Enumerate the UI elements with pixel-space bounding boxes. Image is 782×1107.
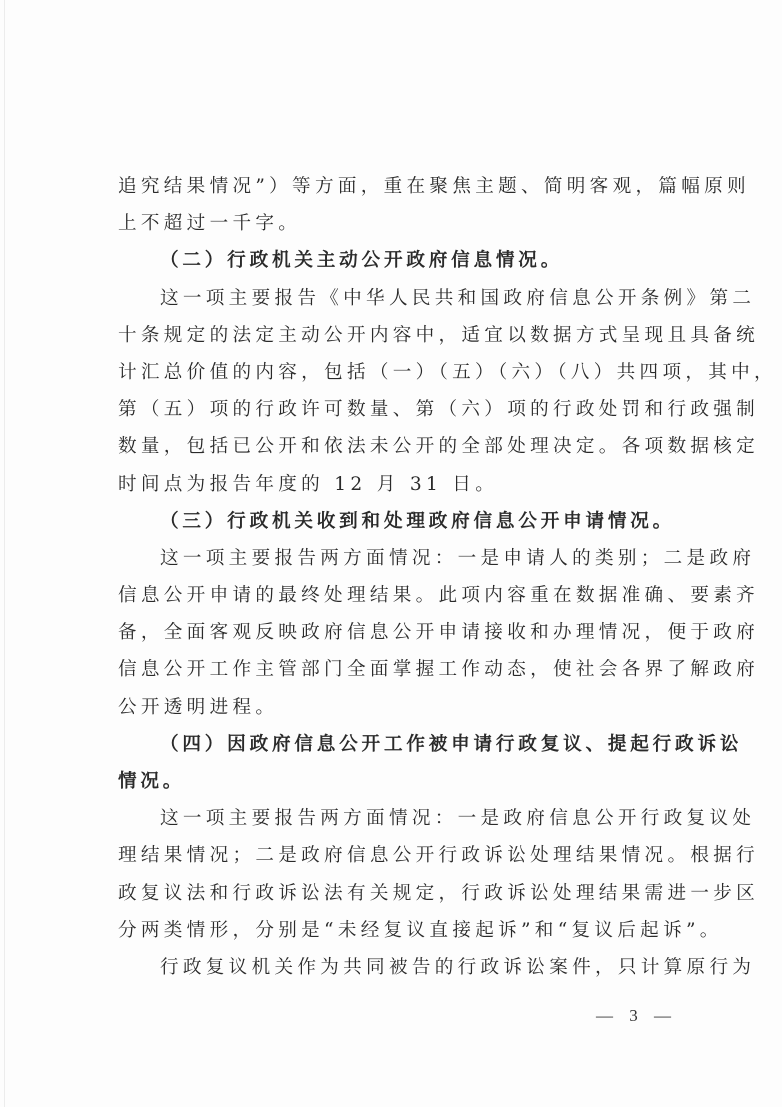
text-line: 第（五）项的行政许可数量、第（六）项的行政处罚和行政强制: [118, 391, 668, 428]
text-line: 追究结果情况”）等方面，重在聚焦主题、简明客观，篇幅原则: [118, 168, 668, 205]
section-heading-4-continued: 情况。: [118, 763, 668, 800]
page-edge: [4, 0, 5, 1107]
text-line: 分两类情形，分别是“未经复议直接起诉”和“复议后起诉”。: [118, 912, 668, 949]
section-heading-4: （四）因政府信息公开工作被申请行政复议、提起行政诉讼: [118, 726, 668, 763]
text-line: 上不超过一千字。: [118, 205, 668, 242]
text-line: 这一项主要报告两方面情况：一是政府信息公开行政复议处: [118, 800, 668, 837]
document-body: 追究结果情况”）等方面，重在聚焦主题、简明客观，篇幅原则 上不超过一千字。 （二…: [118, 168, 668, 986]
text-line: 这一项主要报告两方面情况：一是申请人的类别；二是政府: [118, 540, 668, 577]
text-line: 信息公开申请的最终处理结果。此项内容重在数据准确、要素齐: [118, 577, 668, 614]
text-line: 行政复议机关作为共同被告的行政诉讼案件，只计算原行为: [118, 949, 668, 986]
section-heading-3: （三）行政机关收到和处理政府信息公开申请情况。: [118, 503, 668, 540]
section-heading-2: （二）行政机关主动公开政府信息情况。: [118, 242, 668, 279]
text-line: 时间点为报告年度的 12 月 31 日。: [118, 466, 668, 503]
text-line: 备，全面客观反映政府信息公开申请接收和办理情况，便于政府: [118, 614, 668, 651]
text-line: 信息公开工作主管部门全面掌握工作动态，使社会各界了解政府: [118, 651, 668, 688]
page-number: — 3 —: [596, 1006, 677, 1026]
text-line: 理结果情况；二是政府信息公开行政诉讼处理结果情况。根据行: [118, 837, 668, 874]
text-line: 十条规定的法定主动公开内容中，适宜以数据方式呈现且具备统: [118, 317, 668, 354]
text-line: 公开透明进程。: [118, 689, 668, 726]
text-line: 政复议法和行政诉讼法有关规定，行政诉讼处理结果需进一步区: [118, 875, 668, 912]
text-line: 这一项主要报告《中华人民共和国政府信息公开条例》第二: [118, 280, 668, 317]
text-line: 计汇总价值的内容，包括（一）（五）（六）（八）共四项，其中，: [118, 354, 668, 391]
text-line: 数量，包括已公开和依法未公开的全部处理决定。各项数据核定: [118, 428, 668, 465]
